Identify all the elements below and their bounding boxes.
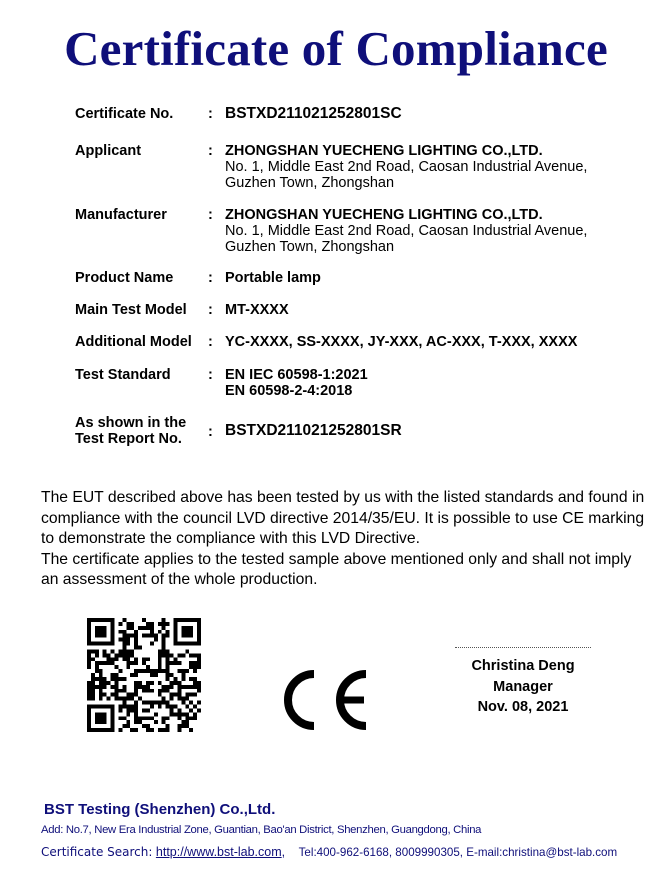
test-standard-1: EN IEC 60598-1:2021 [225,367,368,383]
document-title: Certificate of Compliance [0,20,672,77]
qr-code-icon [87,618,201,732]
field-value: BSTXD211021252801SC [225,106,402,122]
signature-block: Christina Deng Manager Nov. 08, 2021 [455,647,591,718]
field-label: As shown in the Test Report No. [75,415,205,447]
manufacturer-address-line2: Guzhen Town, Zhongshan [225,239,587,255]
applicant-name: ZHONGSHAN YUECHENG LIGHTING CO.,LTD. [225,143,587,159]
applicant-address-line1: No. 1, Middle East 2nd Road, Caosan Indu… [225,159,587,175]
test-report-number: BSTXD211021252801SR [225,423,402,439]
signatory-title: Manager [455,677,591,698]
separator: : [208,270,213,286]
field-label: Test Standard [75,367,205,383]
field-label: Main Test Model [75,302,205,318]
test-standard-2: EN 60598-2-4:2018 [225,383,368,399]
ce-mark-icon [276,668,372,732]
field-label: Additional Model [75,334,205,350]
manufacturer-address-line1: No. 1, Middle East 2nd Road, Caosan Indu… [225,223,587,239]
footer-company: BST Testing (Shenzhen) Co.,Ltd. [44,801,275,818]
statement-paragraph-2: The certificate applies to the tested sa… [41,550,651,591]
field-value: ZHONGSHAN YUECHENG LIGHTING CO.,LTD. No.… [225,143,587,191]
field-label: Manufacturer [75,207,205,223]
contact-info: Tel:400-962-6168, 8009990305, E-mail:chr… [299,846,618,859]
field-label: Applicant [75,143,205,159]
product-name: Portable lamp [225,270,321,286]
field-value: Portable lamp [225,270,321,286]
signature-line [455,647,591,648]
signature-date: Nov. 08, 2021 [455,697,591,718]
field-label: Certificate No. [75,106,205,122]
field-label-line1: As shown in the [75,415,205,431]
footer-address: Add: No.7, New Era Industrial Zone, Guan… [41,824,481,836]
statement-paragraph-1: The EUT described above has been tested … [41,488,651,550]
additional-models: YC-XXXX, SS-XXXX, JY-XXX, AC-XXX, T-XXX,… [225,334,577,350]
search-label: Certificate Search: [41,845,152,859]
link-suffix: , [282,845,285,859]
compliance-statement: The EUT described above has been tested … [41,488,651,591]
separator: : [208,143,213,159]
field-label: Product Name [75,270,205,286]
field-value: ZHONGSHAN YUECHENG LIGHTING CO.,LTD. No.… [225,207,587,255]
separator: : [208,424,213,440]
manufacturer-name: ZHONGSHAN YUECHENG LIGHTING CO.,LTD. [225,207,587,223]
field-value: EN IEC 60598-1:2021 EN 60598-2-4:2018 [225,367,368,399]
search-link[interactable]: http://www.bst-lab.com [156,845,282,859]
signatory-name: Christina Deng [455,656,591,677]
main-test-model: MT-XXXX [225,302,289,318]
certificate-number: BSTXD211021252801SC [225,106,402,122]
field-label-line2: Test Report No. [75,431,205,447]
separator: : [208,106,213,122]
separator: : [208,302,213,318]
separator: : [208,367,213,383]
field-value: BSTXD211021252801SR [225,423,402,439]
applicant-address-line2: Guzhen Town, Zhongshan [225,175,587,191]
footer-search: Certificate Search: http://www.bst-lab.c… [41,845,617,859]
field-value: YC-XXXX, SS-XXXX, JY-XXX, AC-XXX, T-XXX,… [225,334,577,350]
separator: : [208,334,213,350]
separator: : [208,207,213,223]
field-value: MT-XXXX [225,302,289,318]
